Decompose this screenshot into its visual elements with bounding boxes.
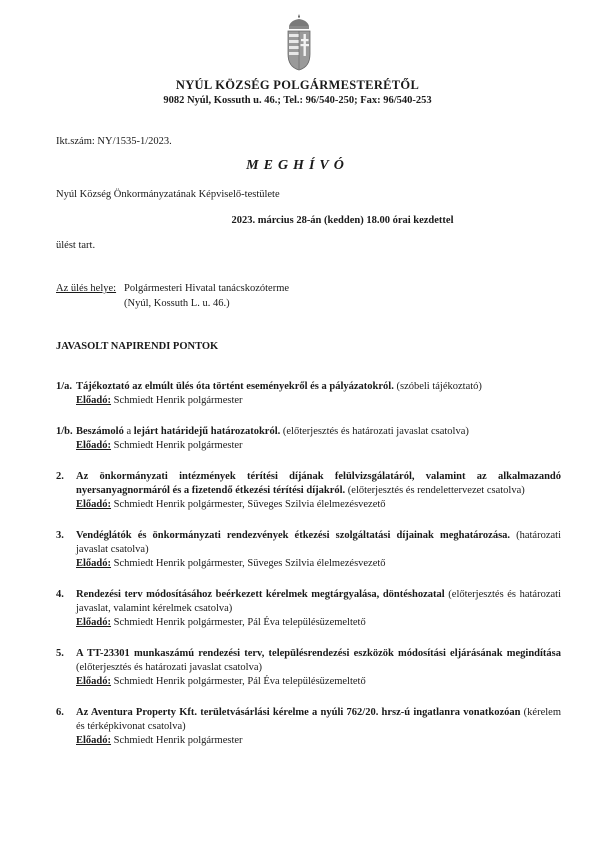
presenter-label: Előadó: — [76, 558, 111, 569]
presenter-label: Előadó: — [76, 735, 111, 746]
agenda-item-presenter: Előadó: Schmiedt Henrik polgármester — [76, 394, 561, 408]
document-title: MEGHÍVÓ — [0, 158, 595, 174]
coat-of-arms-icon — [283, 12, 315, 74]
agenda-list: 1/a.Tájékoztató az elmúlt ülés óta törté… — [56, 380, 561, 765]
agenda-item: 1/a.Tájékoztató az elmúlt ülés óta törté… — [56, 380, 561, 408]
agenda-item-text: Beszámoló a lejárt határidejű határozato… — [76, 425, 561, 439]
agenda-item-text: Az önkormányzati intézmények térítési dí… — [76, 470, 561, 498]
presenter-label: Előadó: — [76, 499, 111, 510]
agenda-item: 4.Rendezési terv módosításához beérkezet… — [56, 588, 561, 630]
place-address: (Nyúl, Kossuth L. u. 46.) — [124, 298, 230, 309]
agenda-item-presenter: Előadó: Schmiedt Henrik polgármester, Pá… — [76, 616, 561, 630]
agenda-item-text: Vendéglátók és önkormányzati rendezvénye… — [76, 529, 561, 557]
place-label: Az ülés helye: — [56, 283, 116, 294]
agenda-item-text: Rendezési terv módosításához beérkezett … — [76, 588, 561, 616]
agenda-item-text: Az Aventura Property Kft. területvásárlá… — [76, 706, 561, 734]
place-value: Polgármesteri Hivatal tanácskozóterme — [124, 283, 289, 294]
office-address: 9082 Nyúl, Kossuth u. 46.; Tel.: 96/540-… — [0, 95, 595, 106]
agenda-item-number: 2. — [56, 470, 64, 484]
agenda-item-number: 3. — [56, 529, 64, 543]
agenda-item-text: A TT-23301 munkaszámú rendezési terv, te… — [76, 647, 561, 675]
body-council: Nyúl Község Önkormányzatának Képviselő-t… — [56, 189, 280, 200]
meeting-date: 2023. március 28-án (kedden) 18.00 órai … — [0, 215, 595, 226]
agenda-section-title: JAVASOLT NAPIRENDI PONTOK — [56, 341, 218, 352]
presenter-label: Előadó: — [76, 440, 111, 451]
agenda-item-presenter: Előadó: Schmiedt Henrik polgármester — [76, 439, 561, 453]
agenda-item-number: 5. — [56, 647, 64, 661]
agenda-item-number: 1/b. — [56, 425, 73, 439]
agenda-item-presenter: Előadó: Schmiedt Henrik polgármester, Pá… — [76, 675, 561, 689]
agenda-item-text: Tájékoztató az elmúlt ülés óta történt e… — [76, 380, 561, 394]
presenter-label: Előadó: — [76, 617, 111, 628]
agenda-item-number: 6. — [56, 706, 64, 720]
presenter-label: Előadó: — [76, 395, 111, 406]
agenda-item-presenter: Előadó: Schmiedt Henrik polgármester — [76, 734, 561, 748]
agenda-item: 2.Az önkormányzati intézmények térítési … — [56, 470, 561, 512]
agenda-item-number: 4. — [56, 588, 64, 602]
agenda-item: 3.Vendéglátók és önkormányzati rendezvén… — [56, 529, 561, 571]
agenda-item-presenter: Előadó: Schmiedt Henrik polgármester, Sü… — [76, 557, 561, 571]
issuing-office: NYÚL KÖZSÉG POLGÁRMESTERÉTŐL — [0, 78, 595, 93]
agenda-item-presenter: Előadó: Schmiedt Henrik polgármester, Sü… — [76, 498, 561, 512]
agenda-item: 5.A TT-23301 munkaszámú rendezési terv, … — [56, 647, 561, 689]
body-holds-meeting: ülést tart. — [56, 240, 95, 251]
agenda-item: 6.Az Aventura Property Kft. területvásár… — [56, 706, 561, 748]
presenter-label: Előadó: — [76, 676, 111, 687]
agenda-item: 1/b.Beszámoló a lejárt határidejű határo… — [56, 425, 561, 453]
agenda-item-number: 1/a. — [56, 380, 72, 394]
reference-number: Ikt.szám: NY/1535-1/2023. — [56, 136, 172, 147]
